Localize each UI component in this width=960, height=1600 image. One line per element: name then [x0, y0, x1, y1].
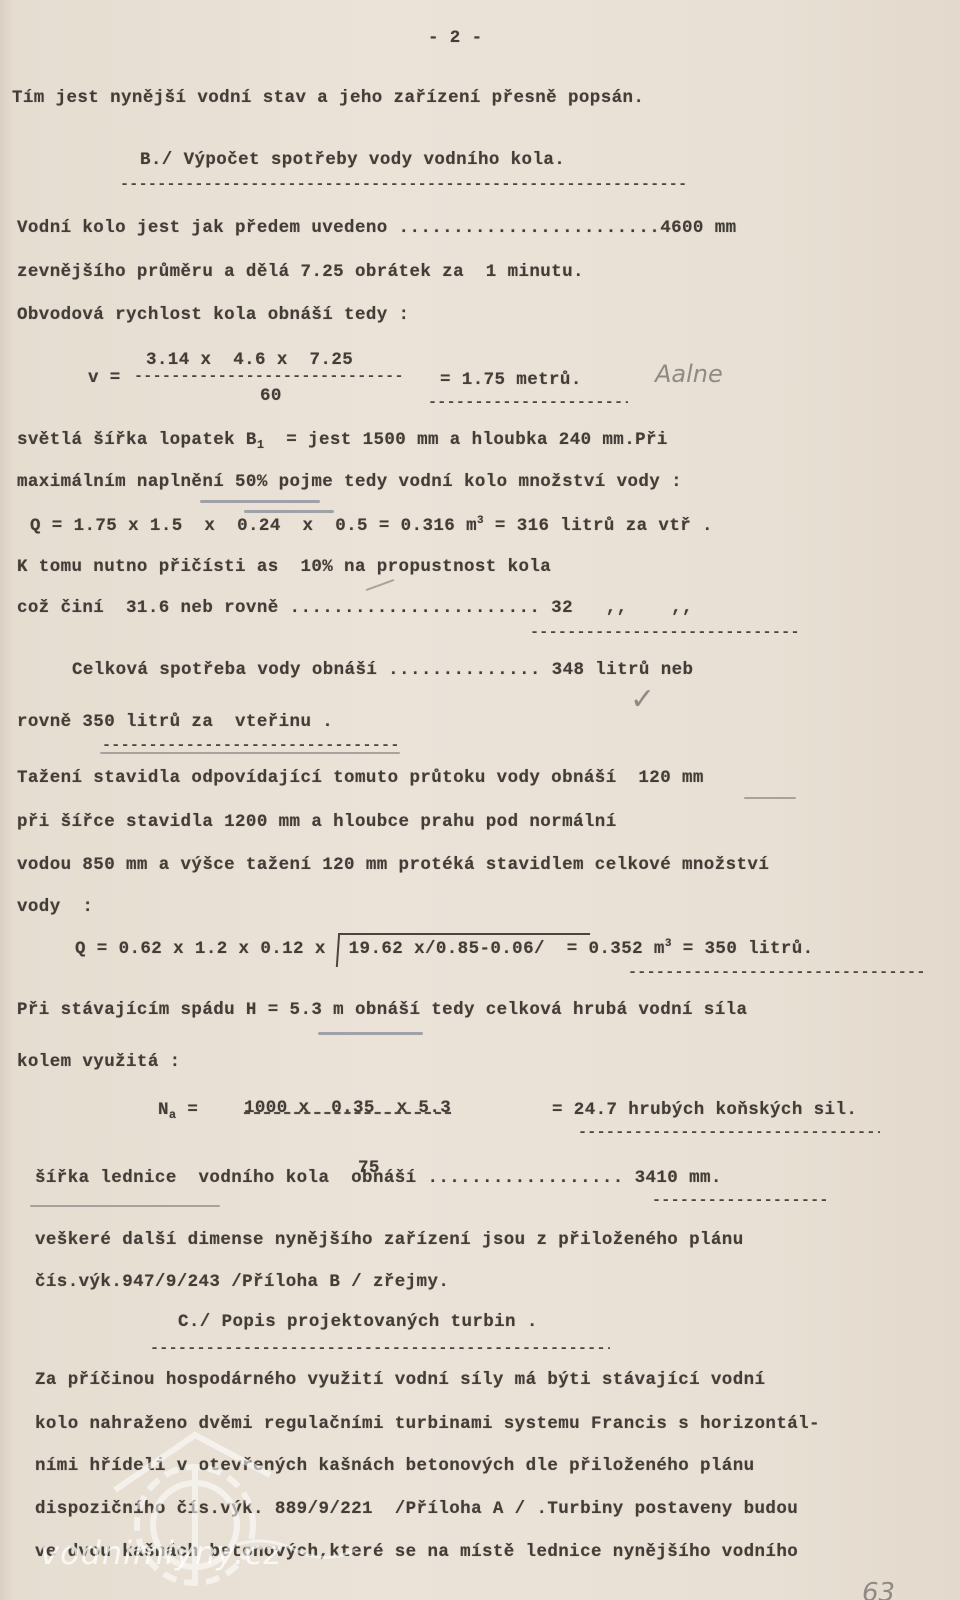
result-underline: ----------------------------------------…	[428, 394, 628, 411]
section-heading-b: B./ Výpočet spotřeby vody vodního kola.	[140, 150, 565, 170]
text-line: Celková spotřeba vody obnáší ...........…	[72, 660, 693, 680]
folio-number: 63	[862, 1578, 895, 1600]
subscript: a	[169, 1108, 177, 1122]
text-fragment: N	[158, 1100, 169, 1120]
superscript: 3	[477, 515, 484, 527]
text-line: při šířce stavidla 1200 mm a hloubce pra…	[17, 812, 617, 832]
text-fragment: Q = 0.62 x 1.2 x 0.12 x	[75, 939, 337, 959]
result-underline: ----------------------------------------…	[578, 1124, 880, 1141]
section-heading-c: C./ Popis projektovaných turbin .	[178, 1312, 538, 1332]
text-line: kolem využitá :	[17, 1052, 181, 1072]
text-fragment: = 350 litrů.	[672, 939, 814, 959]
checkmark-icon: ✓	[630, 682, 655, 717]
formula-result: = 24.7 hrubých koňských sil.	[552, 1100, 857, 1120]
text-fragment: = 316 litrů za vtř .	[484, 516, 713, 536]
result-underline: ----------------------------------------…	[628, 964, 924, 981]
text-fragment: světlá šířka lopatek B	[17, 430, 257, 450]
text-fragment: Q = 1.75 x 1.5 x 0.24 x 0.5 = 0.316 m	[30, 516, 477, 536]
text-line: Tažení stavidla odpovídající tomuto průt…	[17, 768, 704, 788]
pencil-underline	[744, 797, 796, 799]
pencil-underline	[100, 752, 400, 754]
formula-numerator: 1000 x 0.35 x 5.3	[244, 1098, 451, 1118]
pencil-mark	[366, 579, 395, 591]
pencil-underline	[318, 1032, 423, 1035]
document-page: - 2 - Tím jest nynější vodní stav a jeho…	[0, 0, 960, 1600]
heading-underline: ----------------------------------------…	[120, 176, 685, 193]
text-line: šířka lednice vodního kola obnáší ......…	[35, 1168, 722, 1188]
text-line: světlá šířka lopatek B1 = jest 1500 mm a…	[17, 430, 668, 452]
formula-denominator: 60	[260, 386, 282, 406]
text-fragment: =	[177, 1100, 210, 1120]
fraction-bar: ----------------------------------------…	[134, 368, 404, 385]
text-line: vodou 850 mm a výšce tažení 120 mm proté…	[17, 855, 769, 875]
handwritten-note: Aalne	[655, 360, 723, 388]
formula-q2: Q = 0.62 x 1.2 x 0.12 x 19.62 x/0.85-0.0…	[75, 938, 814, 959]
superscript: 3	[665, 938, 672, 950]
text-line: čís.výk.947/9/243 /Příloha B / zřejmy.	[35, 1272, 449, 1292]
square-root: 19.62 x/0.85-0.06/	[337, 939, 545, 959]
text-line: rovně 350 litrů za vteřinu .	[17, 712, 333, 732]
text-line: K tomu nutno přičísti as 10% na propustn…	[17, 557, 551, 577]
text-line: zevnějšího průměru a dělá 7.25 obrátek z…	[17, 262, 584, 282]
pencil-underline	[244, 510, 334, 513]
pencil-underline	[30, 1205, 220, 1207]
page-number: - 2 -	[428, 28, 483, 48]
watermark-text: vodnimlyny.cz	[40, 1534, 281, 1572]
text-line: což činí 31.6 neb rovně ................…	[17, 598, 693, 618]
text-line: Za příčinou hospodárného využití vodní s…	[35, 1370, 765, 1390]
watermill-logo-icon	[55, 1430, 365, 1600]
text-fragment: = jest 1500 mm a hloubka 240 mm.Při	[264, 430, 667, 450]
sum-underline: ----------------------------------------…	[530, 624, 802, 641]
text-line: veškeré další dimense nynějšího zařízení…	[35, 1230, 744, 1250]
text-line: vody :	[17, 897, 93, 917]
formula-lhs: v =	[88, 368, 121, 388]
formula-numerator: 3.14 x 4.6 x 7.25	[146, 350, 353, 370]
pencil-underline	[200, 500, 320, 503]
text-line: Tím jest nynější vodní stav a jeho zaříz…	[12, 88, 644, 108]
text-line: Vodní kolo jest jak předem uvedeno .....…	[17, 218, 737, 238]
text-line: maximálním naplnění 50% pojme tedy vodní…	[17, 472, 682, 492]
heading-underline: ----------------------------------------…	[150, 1340, 610, 1357]
text-line: Obvodová rychlost kola obnáší tedy :	[17, 305, 409, 325]
formula-lhs: Na =	[158, 1100, 209, 1122]
formula-q1: Q = 1.75 x 1.5 x 0.24 x 0.5 = 0.316 m3 =…	[30, 515, 713, 536]
formula-result: = 1.75 metrů.	[440, 370, 582, 390]
text-line: Při stávajícím spádu H = 5.3 m obnáší te…	[17, 1000, 747, 1020]
result-underline: ----------------------------------------…	[652, 1192, 828, 1209]
